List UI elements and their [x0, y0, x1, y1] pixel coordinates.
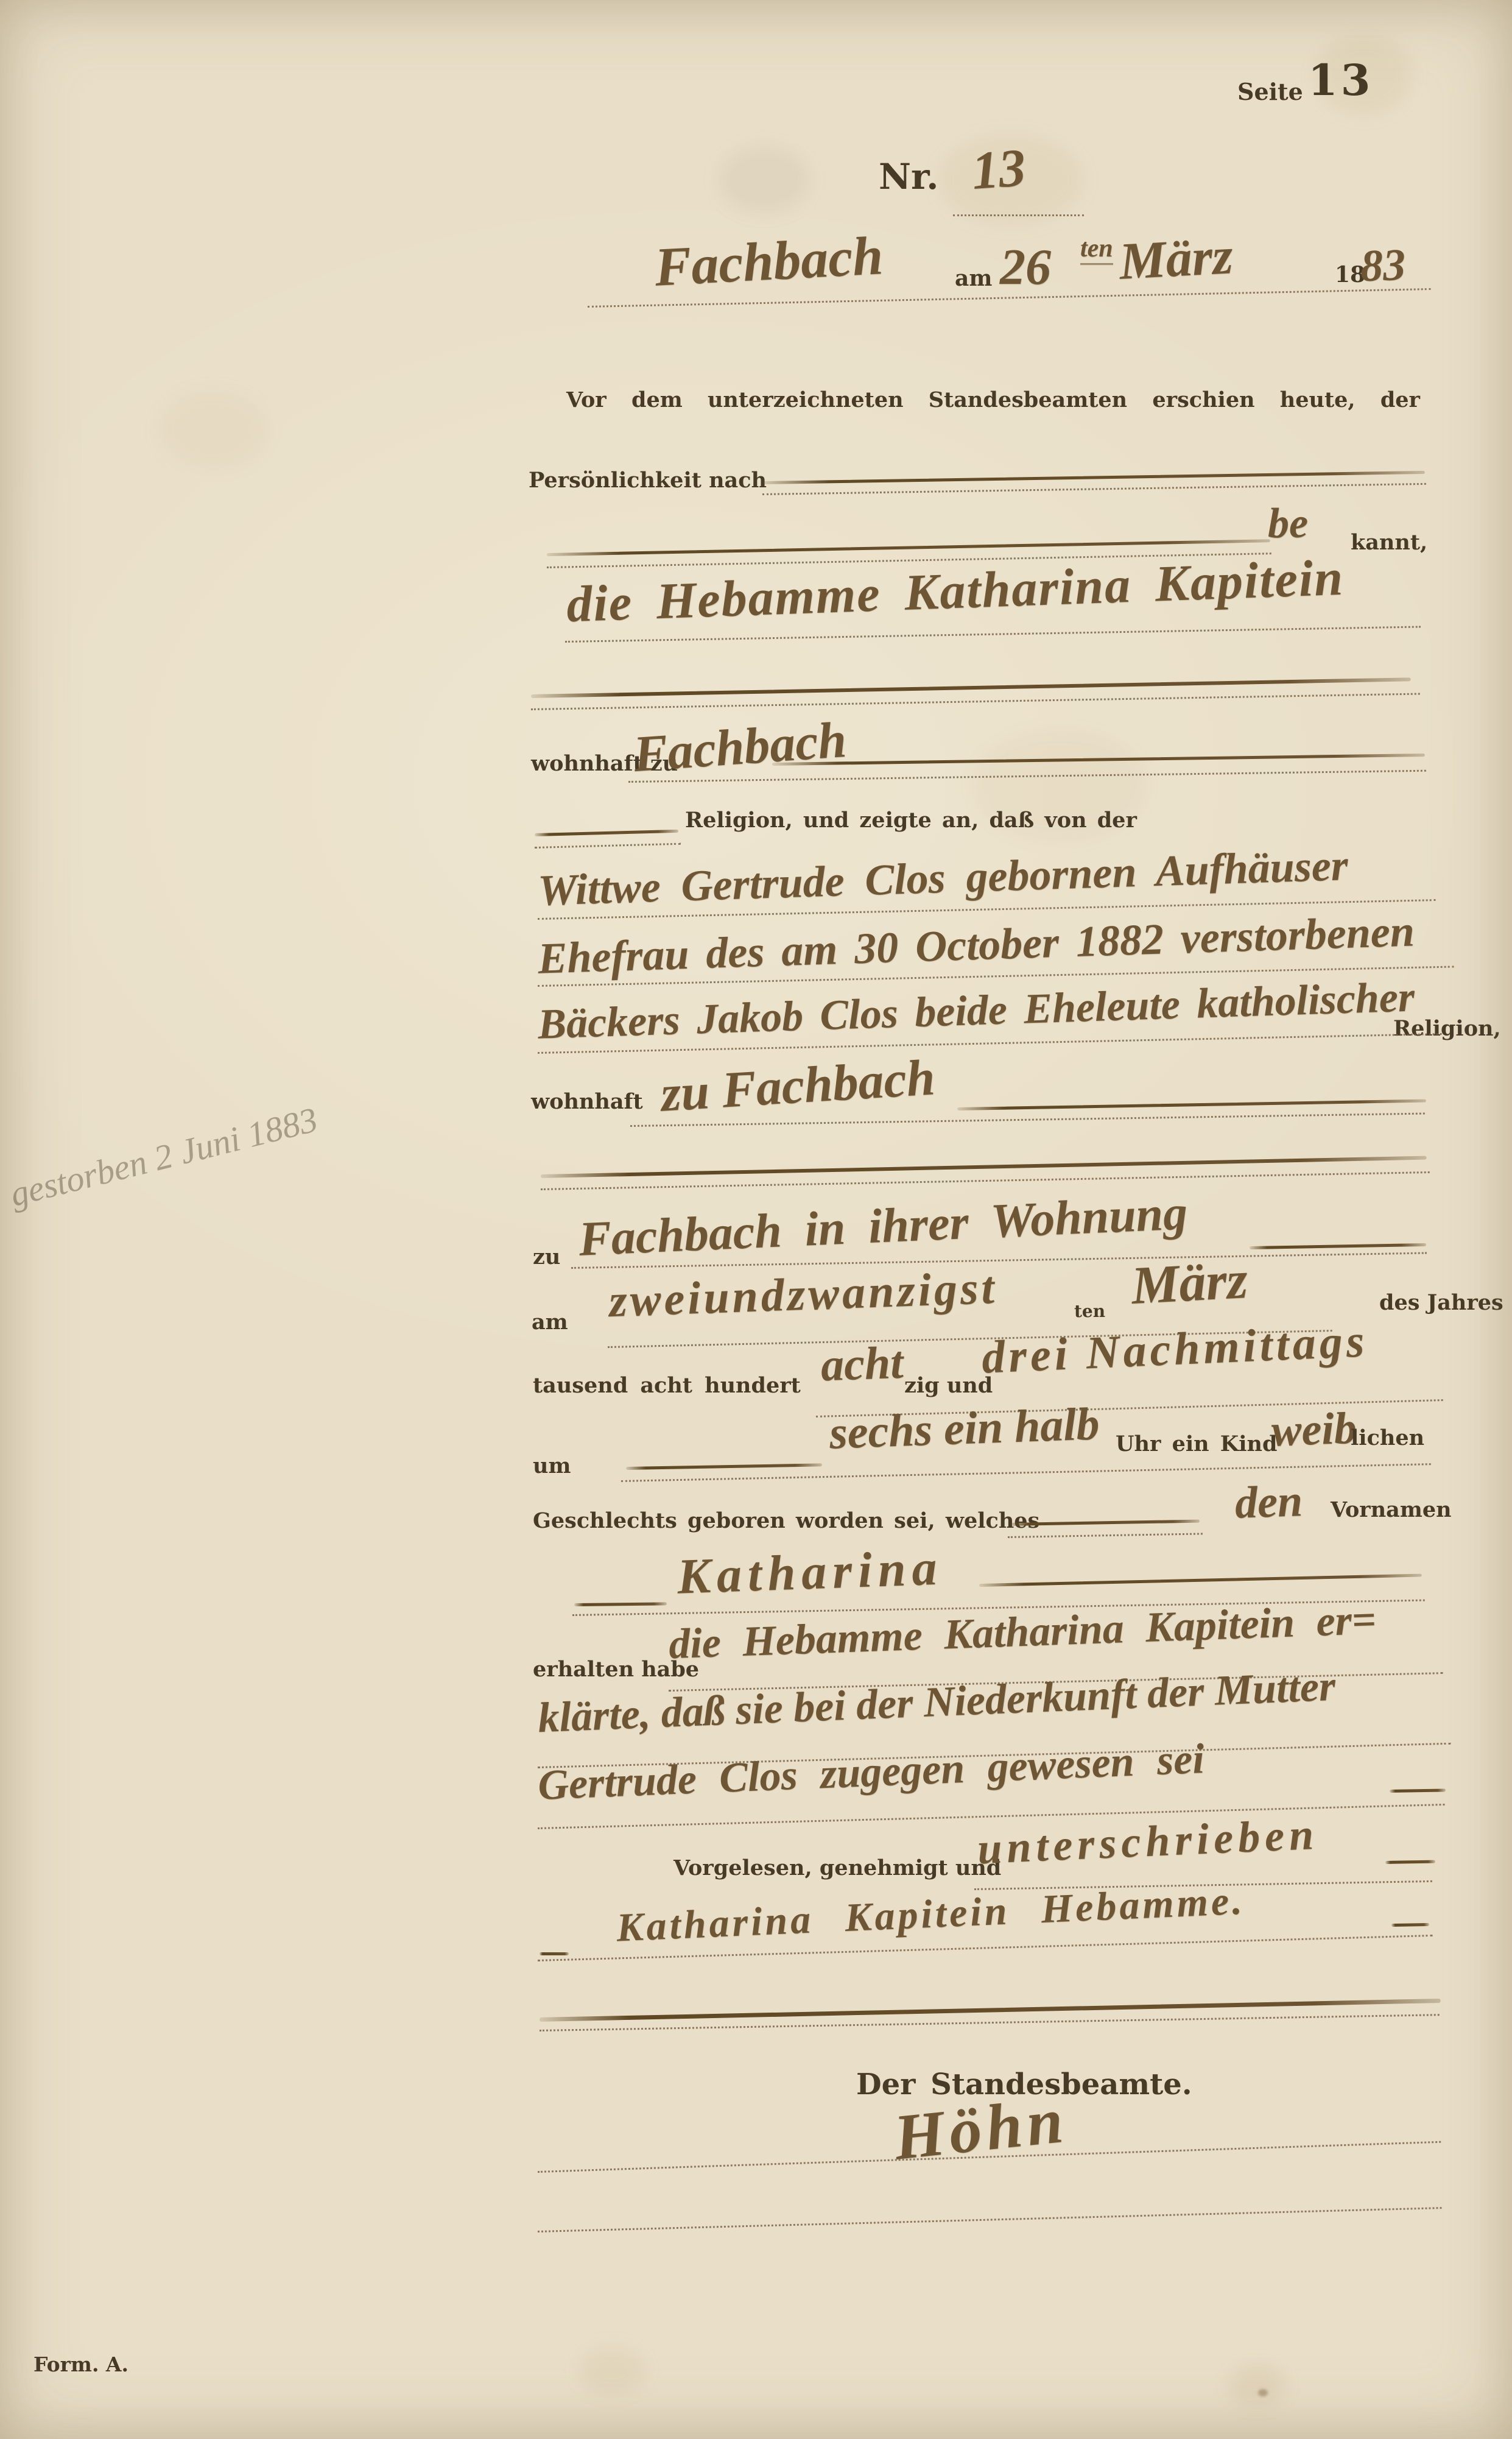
bekannt-handwritten-part: be	[1268, 499, 1308, 548]
mother-residence: zu Fachbach	[659, 1048, 937, 1123]
intro-line: Vor dem unterzeichneten Standesbeamten e…	[566, 387, 1420, 412]
form-label: Form. A.	[33, 2353, 128, 2376]
ink-stroke	[540, 1952, 569, 1955]
persoenlichkeit-label: Persönlichkeit nach	[529, 468, 767, 493]
birth-place: Fachbach in ihrer Wohnung	[577, 1185, 1188, 1268]
ruled-dotted-line	[538, 2207, 1442, 2233]
ink-stroke	[1385, 1860, 1435, 1864]
paper-stain	[1230, 2363, 1285, 2406]
registry-day-suffix: ten	[1080, 234, 1113, 265]
registry-month: März	[1118, 225, 1234, 292]
vorgelesen-label: Vorgelesen, genehmigt und	[673, 1855, 1001, 1880]
declaration-line-3: Gertrude Clos zugegen gewesen sei	[537, 1735, 1205, 1810]
lichen-label: lichen	[1351, 1425, 1424, 1450]
registry-place: Fachbach	[653, 224, 885, 298]
ruled-dotted-line	[1008, 1533, 1203, 1538]
child-sex: weib	[1271, 1403, 1358, 1458]
child-name: Katharina	[676, 1539, 943, 1605]
ruled-dotted-line	[953, 214, 1084, 216]
ink-stroke	[1390, 1788, 1446, 1793]
page-label: Seite	[1237, 78, 1303, 105]
registry-page-scan: Seite 13 Nr. 13 Fachbach am 26 ten März …	[0, 0, 1512, 2439]
den-handwritten: den	[1234, 1475, 1304, 1530]
mother-line-2: Ehefrau des am 30 October 1882 verstorbe…	[537, 906, 1415, 984]
paper-stain	[578, 2345, 645, 2394]
tausend-label: tausend acht hundert	[533, 1373, 801, 1398]
religion-zeigte-an-label: Religion, und zeigte an, daß von der	[685, 808, 1137, 833]
paper-stain	[719, 146, 810, 213]
paper-stain	[158, 390, 268, 469]
page-number: 13	[1308, 55, 1373, 105]
ink-stroke	[626, 1463, 822, 1470]
zig-und-label: zig und	[904, 1373, 993, 1398]
am-label-2: am	[532, 1310, 568, 1335]
am-label: am	[955, 266, 992, 291]
des-jahres-label: des Jahres	[1379, 1290, 1503, 1315]
ink-stroke	[1391, 1923, 1429, 1927]
ink-stroke	[535, 830, 678, 836]
ten-suffix-label: ten	[1074, 1301, 1105, 1321]
ink-stroke	[762, 471, 1425, 484]
unterschrieben-handwritten: unterschrieben	[976, 1809, 1319, 1874]
zu-label: zu	[533, 1244, 560, 1269]
um-label: um	[533, 1453, 571, 1478]
ink-stroke	[540, 1999, 1441, 2022]
ink-stroke	[574, 1602, 667, 1606]
entry-number-label: Nr.	[879, 156, 938, 197]
vornamen-label: Vornamen	[1331, 1497, 1452, 1522]
ink-stroke	[979, 1574, 1422, 1587]
informant-residence: Fachbach	[631, 710, 848, 784]
bekannt-printed-part: kannt,	[1351, 530, 1427, 555]
ruled-dotted-line	[535, 843, 681, 849]
wohnhaft-label: wohnhaft	[531, 1089, 643, 1114]
birth-year-decade: acht	[820, 1336, 904, 1392]
ink-stroke	[1250, 1243, 1426, 1249]
ink-stroke	[772, 754, 1425, 766]
registry-day: 26	[1000, 238, 1051, 297]
uhr-ein-kind-label: Uhr ein Kind	[1116, 1431, 1277, 1456]
ink-stroke	[547, 539, 1270, 556]
birth-year-unit-time: drei Nachmittags	[980, 1315, 1369, 1385]
entry-number: 13	[970, 137, 1028, 202]
birth-hour: sechs ein halb	[829, 1397, 1100, 1460]
margin-death-note: gestorben 2 Juni 1883	[6, 1099, 322, 1215]
ink-speck	[1258, 2389, 1268, 2396]
geschlechts-label: Geschlechts geboren worden sei, welches	[533, 1508, 1039, 1533]
religion-label: Religion,	[1393, 1016, 1501, 1041]
registry-year: 83	[1360, 239, 1407, 293]
ruled-dotted-line	[762, 483, 1426, 495]
informant-name: die Hebamme Katharina Kapitein	[566, 548, 1345, 635]
ink-stroke	[957, 1099, 1426, 1110]
witness-signature: Katharina Kapitein Hebamme.	[616, 1878, 1246, 1952]
birth-day-word: zweiundzwanzigst	[608, 1262, 998, 1328]
birth-month: März	[1130, 1249, 1249, 1317]
